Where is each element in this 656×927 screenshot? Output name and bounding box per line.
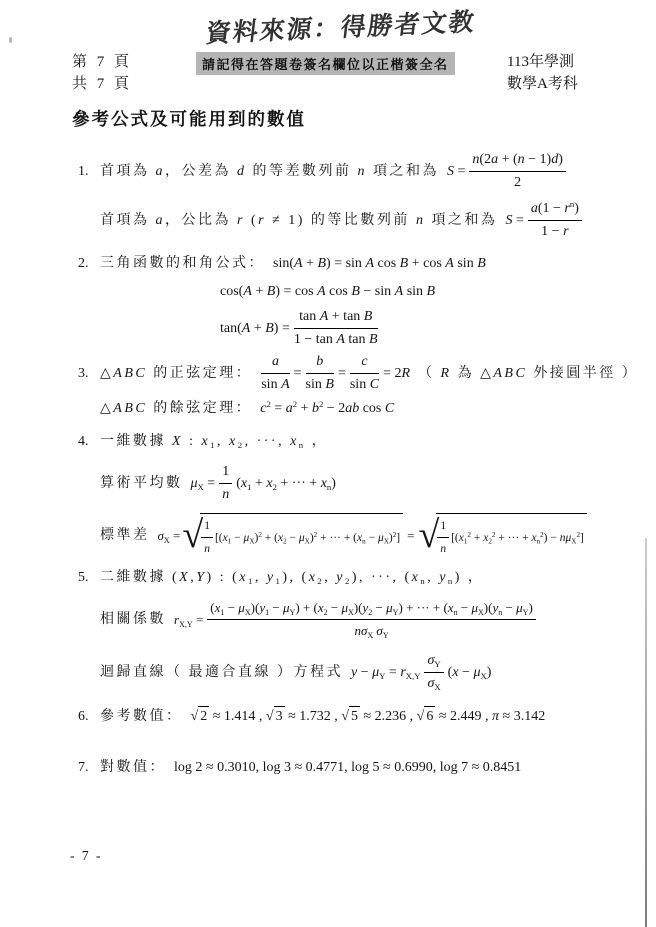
formula-text: 二維數據 (X,Y) : (x1, y1), (x2, y2), ···, (x… <box>100 568 484 588</box>
item-number: 7. <box>78 758 100 778</box>
data-definition-line: 5. 二維數據 (X,Y) : (x1, y1), (x2, y2), ···,… <box>78 568 650 588</box>
formula-text: 首項為 a，公比為 r (r ≠ 1) 的等比數列前 n 項之和為 <box>100 211 497 231</box>
formula-item-1: 1. 首項為 a，公差為 d 的等差數列前 n 項之和為 S = n(2a + … <box>78 150 650 242</box>
fraction: tan A + tan B 1 − tan A tan B <box>294 307 378 350</box>
denominator: nσX σY <box>207 620 536 641</box>
radical-sign: √ <box>182 516 203 554</box>
formula-label: 標準差 <box>100 526 150 546</box>
exam-year: 113年學測 <box>507 51 578 73</box>
scan-artifact-line <box>645 538 647 927</box>
log-values-line: 7. 對數值： log 2 ≈ 0.3010, log 3 ≈ 0.4771, … <box>78 758 650 778</box>
formula-label: 算術平均數 <box>100 474 183 494</box>
exam-subject: 數學A考科 <box>507 73 578 95</box>
formula-label: 參考數值： <box>100 707 183 727</box>
fraction: (x1 − μX)(y1 − μY) + (x2 − μX)(y2 − μY) … <box>207 598 536 641</box>
law-of-cosines-line: △ABC 的餘弦定理： c2 = a2 + b2 − 2ab cos C <box>78 399 650 419</box>
formula-text: 首項為 a，公差為 d 的等差數列前 n 項之和為 <box>100 162 439 182</box>
denominator: 1 − tan A tan B <box>294 329 378 350</box>
page-title: 參考公式及可能用到的數值 <box>72 106 306 131</box>
formula-lhs: S = <box>447 162 465 182</box>
page-current: 第 7 頁 <box>72 51 132 73</box>
formula-item-4: 4. 一維數據 X : x1, x2, ···, xn ， 算術平均數 μX =… <box>78 432 650 559</box>
radicand: 1 n [(x1 − μX)2 + (x2 − μX)2 + ··· + (xn… <box>200 513 403 559</box>
stddev-line: 標準差 σX = √ 1 n [(x1 − μX)2 + (x2 − μX)2 … <box>78 513 650 559</box>
log-values: log 2 ≈ 0.3010, log 3 ≈ 0.4771, log 5 ≈ … <box>174 758 521 778</box>
regression-line: 迴歸直線（ 最適合直線 ）方程式 y − μY = rX,Y σY σX (x … <box>78 651 650 694</box>
denominator: n <box>219 484 232 505</box>
denominator: sin B <box>306 374 334 395</box>
regression-lhs: y − μY = rX,Y <box>351 663 420 683</box>
equals-sign: = <box>338 364 346 384</box>
item-number: 1. <box>78 162 100 182</box>
numerator: σY <box>424 651 443 673</box>
regression-tail: (x − μX) <box>448 663 492 683</box>
numerator: tan A + tan B <box>294 307 378 329</box>
tan-lhs: tan(A + B) = <box>220 319 290 339</box>
sin-sum-line: 2. 三角函數的和角公式： sin(A + B) = sin A cos B +… <box>78 254 650 274</box>
cos-equation: cos(A + B) = cos A cos B − sin A sin B <box>220 282 435 302</box>
item-number: 2. <box>78 254 100 274</box>
denominator: sin C <box>350 374 379 395</box>
sin-equation: sin(A + B) = sin A cos B + cos A sin B <box>273 254 486 274</box>
document-page: 資料來源：得勝者文教 第 7 頁 共 7 頁 請記得在答題卷簽名欄位以正楷簽全名… <box>0 0 656 927</box>
geom-seq-line: 首項為 a，公比為 r (r ≠ 1) 的等比數列前 n 項之和為 S = a(… <box>78 199 650 242</box>
radicand-body: [(x12 + x22 + ··· + xn2) − nμX2] <box>451 528 584 548</box>
denominator: 1 − r <box>528 221 582 242</box>
numerator: a <box>261 352 289 374</box>
sqrt-expression: √ 1 n [(x12 + x22 + ··· + xn2) − nμX2] <box>418 513 586 559</box>
numerator: n(2a + (n − 1)d) <box>469 150 565 172</box>
page-number-block: 第 7 頁 共 7 頁 <box>72 51 132 95</box>
signature-notice: 請記得在答題卷簽名欄位以正楷簽全名 <box>196 52 455 75</box>
mean-lhs: μX = <box>191 474 216 494</box>
item-number: 4. <box>78 432 100 452</box>
reference-values: √2 ≈ 1.414 , √3 ≈ 1.732 , √5 ≈ 2.236 , √… <box>191 706 546 727</box>
fraction: σY σX <box>424 651 443 694</box>
formula-label: △ABC 的餘弦定理： <box>100 399 252 419</box>
formula-label: △ABC 的正弦定理： <box>100 364 252 384</box>
denominator: 2 <box>469 172 565 193</box>
law-of-sines-line: 3. △ABC 的正弦定理： a sin A = b sin B = c sin… <box>78 352 650 395</box>
footer-page-number: - 7 - <box>70 848 103 864</box>
fraction: n(2a + (n − 1)d) 2 <box>469 150 565 193</box>
fraction: a sin A <box>261 352 289 395</box>
equals-sign: = <box>407 526 414 546</box>
formula-item-2: 2. 三角函數的和角公式： sin(A + B) = sin A cos B +… <box>78 254 650 350</box>
formula-item-3: 3. △ABC 的正弦定理： a sin A = b sin B = c sin… <box>78 352 650 419</box>
formula-item-6: 6. 參考數值： √2 ≈ 1.414 , √3 ≈ 1.732 , √5 ≈ … <box>78 706 650 727</box>
tan-sum-line: tan(A + B) = tan A + tan B 1 − tan A tan… <box>78 307 650 350</box>
formula-item-7: 7. 對數值： log 2 ≈ 0.3010, log 3 ≈ 0.4771, … <box>78 758 650 778</box>
fraction: a(1 − rn) 1 − r <box>528 199 582 242</box>
radicand: 1 n [(x12 + x22 + ··· + xn2) − nμX2] <box>436 513 587 559</box>
formula-item-5: 5. 二維數據 (X,Y) : (x1, y1), (x2, y2), ···,… <box>78 568 650 694</box>
correlation-lhs: rX,Y = <box>174 610 203 630</box>
numerator: (x1 − μX)(y1 − μY) + (x2 − μX)(y2 − μY) … <box>207 598 536 620</box>
page-total: 共 7 頁 <box>72 73 132 95</box>
data-definition-line: 4. 一維數據 X : x1, x2, ···, xn ， <box>78 432 650 452</box>
exam-info-block: 113年學測 數學A考科 <box>507 51 578 95</box>
arith-seq-line: 1. 首項為 a，公差為 d 的等差數列前 n 項之和為 S = n(2a + … <box>78 150 650 193</box>
equals-sign: = <box>294 364 302 384</box>
cosine-equation: c2 = a2 + b2 − 2ab cos C <box>260 399 394 419</box>
item-number: 6. <box>78 707 100 727</box>
denominator: σX <box>424 673 443 694</box>
denominator: sin A <box>261 374 289 395</box>
formula-label: 三角函數的和角公式： <box>100 254 265 274</box>
correlation-line: 相關係數 rX,Y = (x1 − μX)(y1 − μY) + (x2 − μ… <box>78 598 650 641</box>
circumradius-note: （ R 為 △ABC 外接圓半徑 ） <box>418 364 638 384</box>
mean-line: 算術平均數 μX = 1 n (x1 + x2 + ··· + xn) <box>78 462 650 505</box>
formula-lhs: S = <box>505 211 523 231</box>
formula-tail: = 2R <box>383 364 410 384</box>
radicand-body: [(x1 − μX)2 + (x2 − μX)2 + ··· + (xn − μ… <box>215 528 400 548</box>
stddev-lhs: σX = <box>158 526 181 546</box>
fraction: c sin C <box>350 352 379 395</box>
mean-tail: (x1 + x2 + ··· + xn) <box>236 474 336 494</box>
sqrt-expression: √ 1 n [(x1 − μX)2 + (x2 − μX)2 + ··· + (… <box>182 513 403 559</box>
numerator: c <box>350 352 379 374</box>
formula-label: 對數值： <box>100 758 166 778</box>
item-number: 5. <box>78 568 100 588</box>
formula-text: 一維數據 X : x1, x2, ···, xn ， <box>100 432 328 452</box>
scan-artifact-speck <box>9 37 12 43</box>
formula-label: 相關係數 <box>100 610 166 630</box>
cos-sum-line: cos(A + B) = cos A cos B − sin A sin B <box>78 282 650 302</box>
item-number: 3. <box>78 364 100 384</box>
radical-sign: √ <box>418 516 439 554</box>
formula-label: 迴歸直線（ 最適合直線 ）方程式 <box>100 663 343 683</box>
numerator: b <box>306 352 334 374</box>
reference-values-line: 6. 參考數值： √2 ≈ 1.414 , √3 ≈ 1.732 , √5 ≈ … <box>78 706 650 727</box>
numerator: a(1 − rn) <box>528 199 582 221</box>
fraction: b sin B <box>306 352 334 395</box>
fraction: 1 n <box>219 462 232 505</box>
numerator: 1 <box>219 462 232 484</box>
handwritten-note: 資料來源：得勝者文教 <box>204 2 478 50</box>
